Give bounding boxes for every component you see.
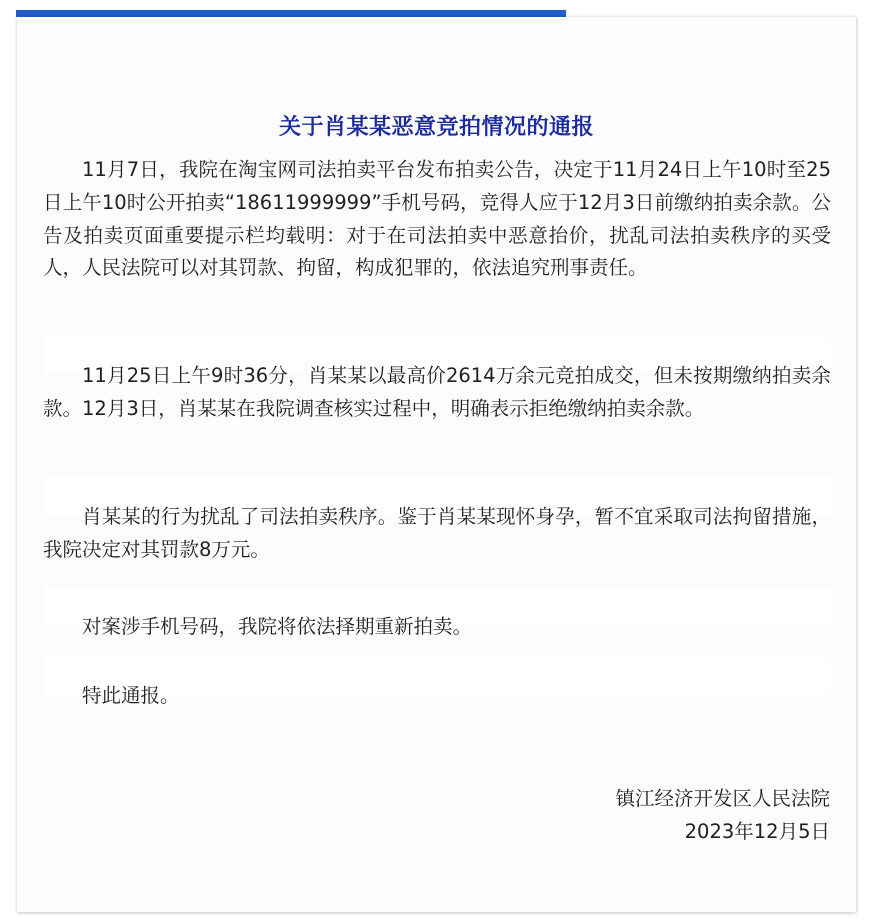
paragraph-reauction: 对案涉手机号码，我院将依法择期重新拍卖。 xyxy=(43,611,831,644)
top-accent-bar xyxy=(16,10,566,17)
paragraph-closing: 特此通报。 xyxy=(43,680,831,713)
issue-date: 2023年12月5日 xyxy=(685,816,830,849)
issuer-name: 镇江经济开发区人民法院 xyxy=(615,783,830,816)
notice-title: 关于肖某某恶意竞拍情况的通报 xyxy=(17,113,856,143)
paragraph-penalty: 肖某某的行为扰乱了司法拍卖秩序。鉴于肖某某现怀身孕，暂不宜采取司法拘留措施，我院… xyxy=(43,501,831,567)
paragraph-auction-announcement: 11月7日，我院在淘宝网司法拍卖平台发布拍卖公告，决定于11月24日上午10时至… xyxy=(43,154,831,285)
notice-card: 关于肖某某恶意竞拍情况的通报 11月7日，我院在淘宝网司法拍卖平台发布拍卖公告，… xyxy=(17,17,856,912)
paragraph-auction-result: 11月25日上午9时36分，肖某某以最高价2614万余元竞拍成交，但未按期缴纳拍… xyxy=(43,360,831,426)
